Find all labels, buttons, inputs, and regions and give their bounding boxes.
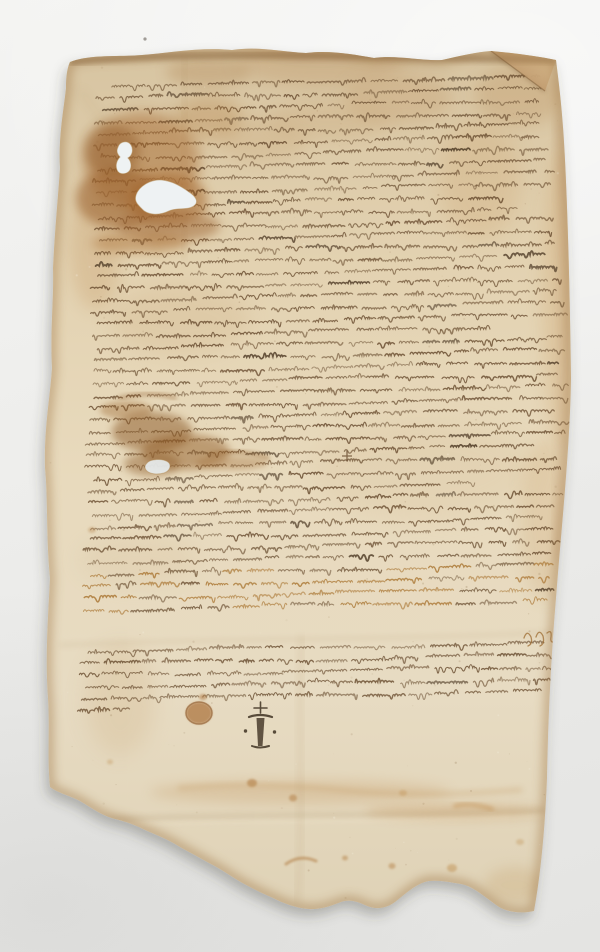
stain [166,58,250,86]
dust-speck [143,37,146,40]
stain [100,401,152,419]
stain [196,456,268,470]
stain [440,120,520,240]
stain [92,233,188,253]
photo-background [0,0,600,952]
manuscript-photo [0,0,600,952]
parchment-hole [145,459,170,474]
stain [174,96,242,140]
